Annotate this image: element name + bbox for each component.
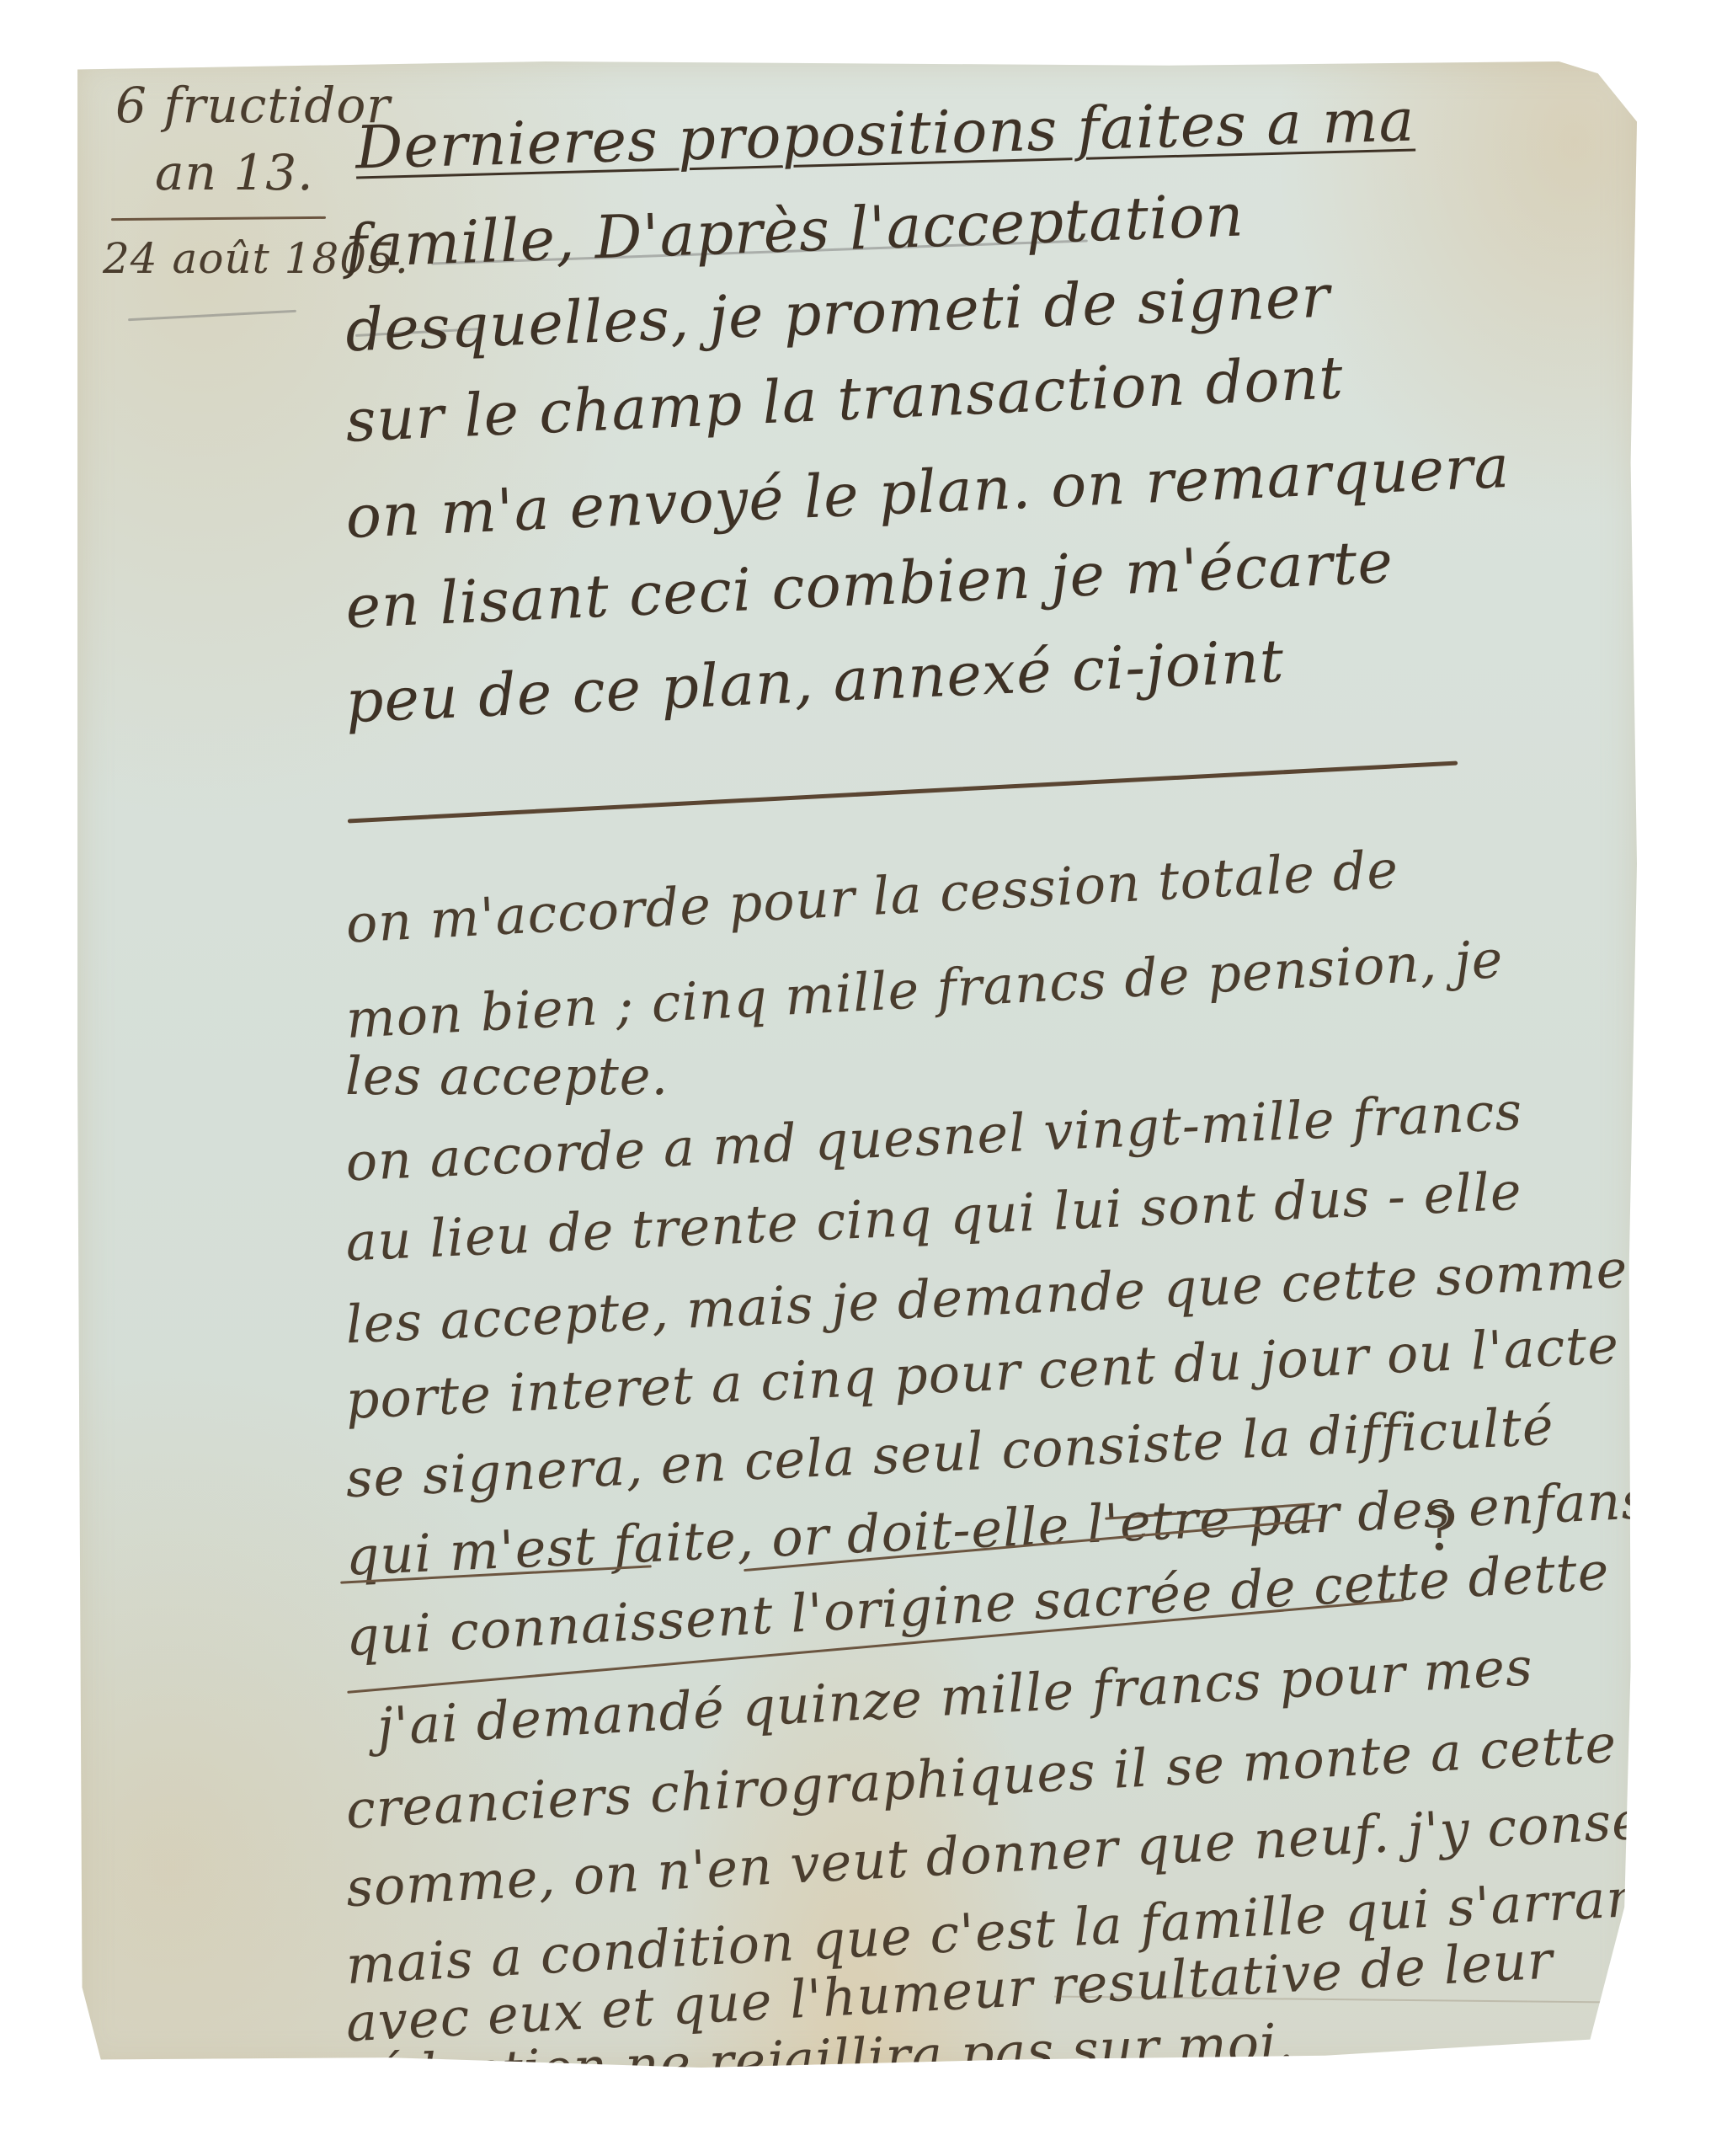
margin-pencil-rule — [128, 310, 296, 321]
margin-year-republican: an 13. — [155, 144, 314, 201]
manuscript-page: 6 fructidor an 13. 24 août 1805. Dernier… — [77, 61, 1637, 2068]
margin-date-republican: 6 fructidor — [115, 77, 391, 134]
title-line-1-text: Dernieres propositions faites a ma — [354, 86, 1415, 183]
margin-divider-rule — [111, 216, 326, 221]
question-mark: ? — [1425, 1493, 1458, 1564]
title-line-1: Dernieres propositions faites a ma — [354, 86, 1415, 183]
title-line-7: peu de ce plan, annexé ci-joint — [344, 627, 1286, 737]
title-line-2: famille, D'après l'acceptation — [344, 180, 1245, 280]
body-line-1: on m'accorde pour la cession totale de — [344, 838, 1400, 954]
body-line-2: mon bien ; cinq mille francs de pension,… — [344, 928, 1505, 1050]
section-divider-rule — [348, 760, 1458, 823]
body-line-3: les accepte. — [345, 1045, 669, 1107]
